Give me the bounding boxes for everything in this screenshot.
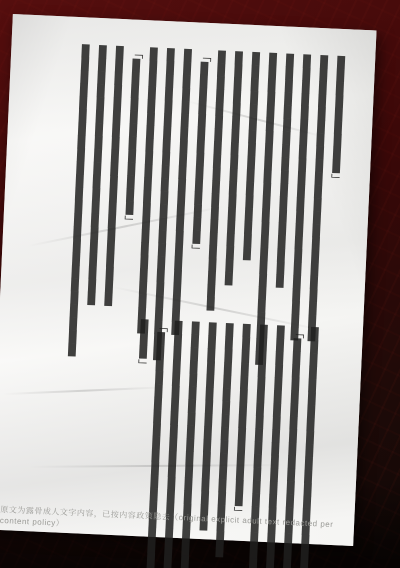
crumpled-paper-page: █████████」██████████████████████████████… — [0, 14, 377, 546]
text-block-lower: ██████████████████████「█████████████████… — [127, 320, 323, 528]
photo-scene: █████████」██████████████████████████████… — [0, 0, 400, 568]
text-block-upper: █████████」██████████████████████████████… — [63, 45, 349, 357]
